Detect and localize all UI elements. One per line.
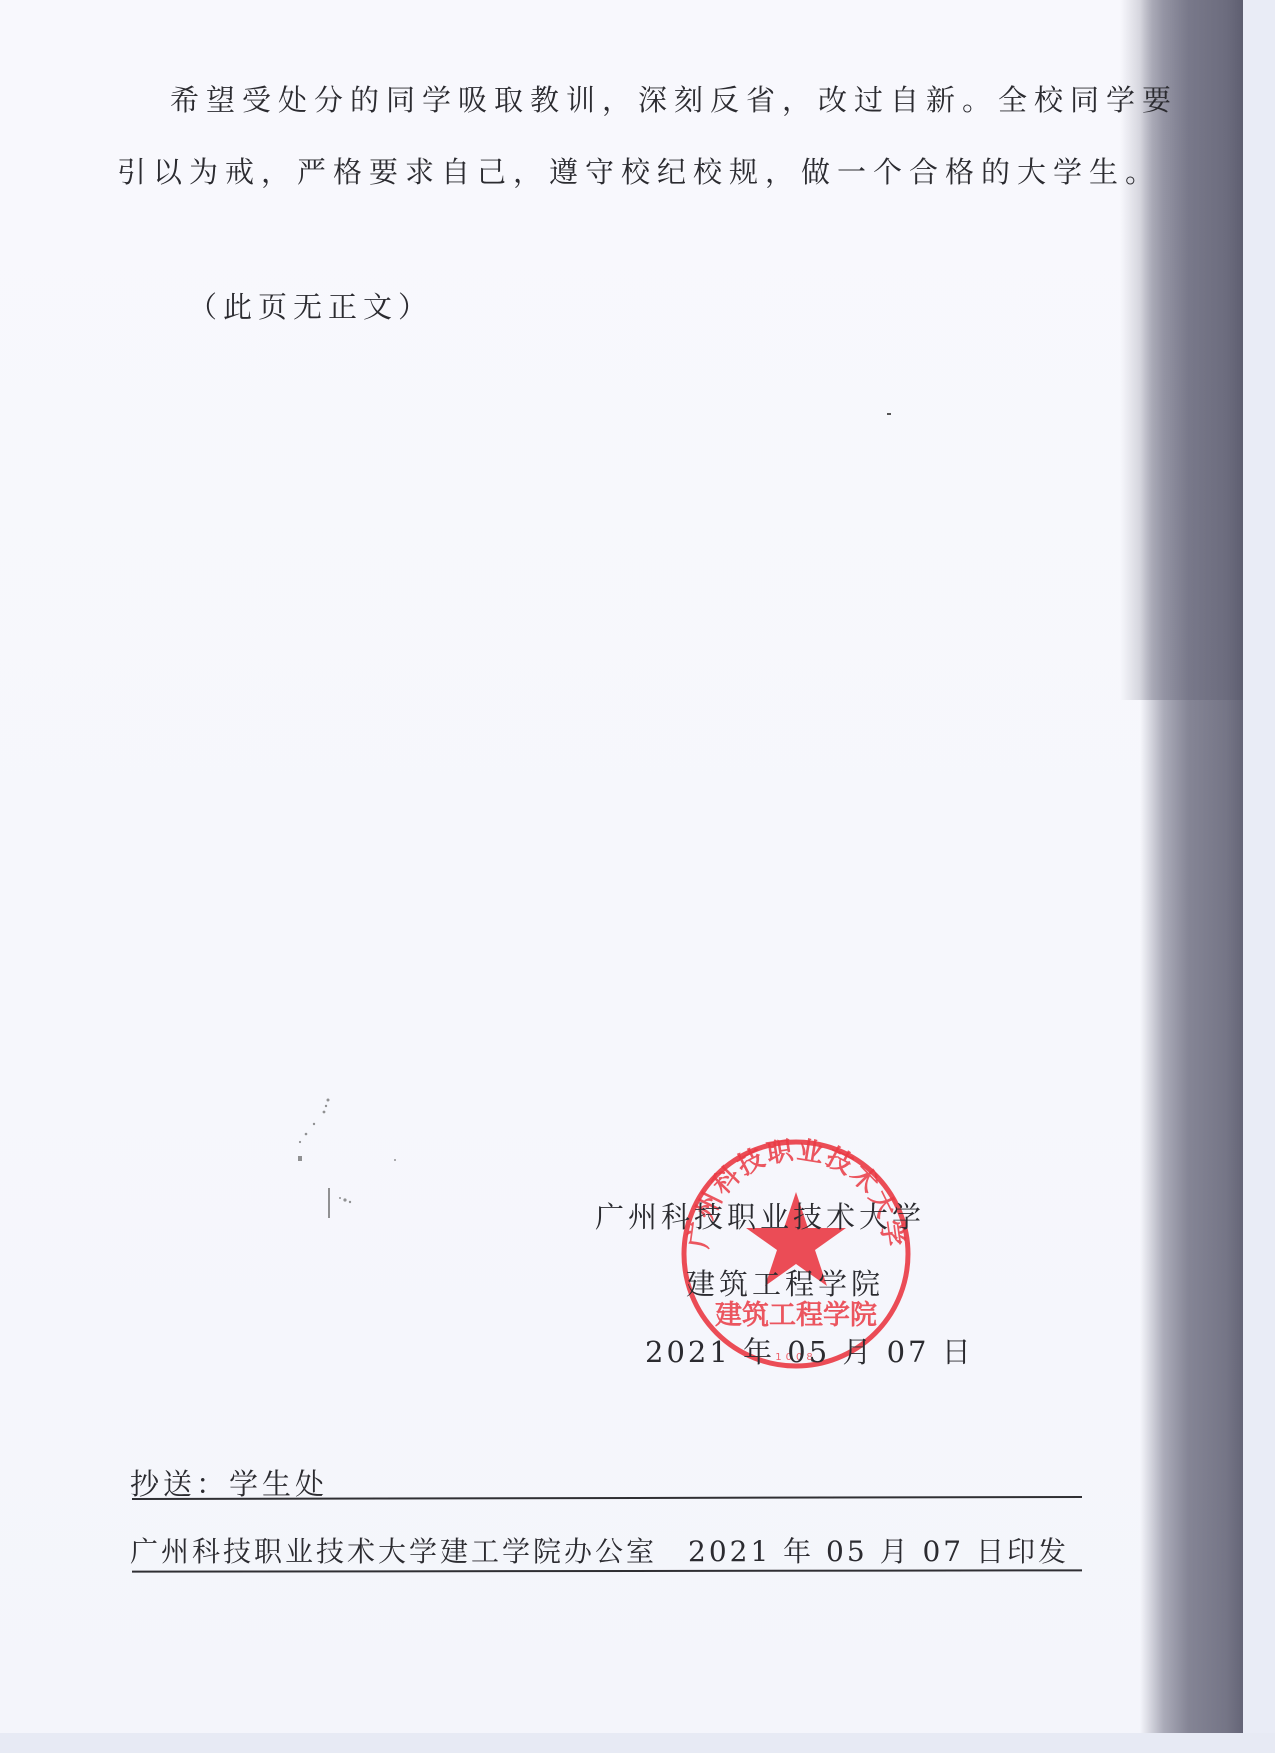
signature-department: 建筑工程学院 (686, 1262, 884, 1303)
ink-smudge-marks (290, 1090, 410, 1220)
body-paragraph-line-2: 引以为戒，严格要求自己，遵守校纪校规，做一个合格的大学生。 (117, 150, 1161, 191)
scanner-margin-bottom (0, 1733, 1275, 1753)
signature-organization: 广州科技职业技术大学 (595, 1195, 925, 1236)
issued-line: 广州科技职业技术大学建工学院办公室 2021 年 05 月 07 日印发 (130, 1530, 1069, 1570)
stamp-center-text: 建筑工程学院 (715, 1299, 877, 1331)
no-body-note: （此页无正文） (188, 285, 433, 326)
speck (887, 413, 891, 415)
signature-date: 2021 年 05 月 07 日 (645, 1330, 974, 1371)
body-paragraph-line-1: 希望受处分的同学吸取教训，深刻反省，改过自新。全校同学要 (170, 78, 1178, 119)
scan-edge-shadow (1140, 0, 1248, 1735)
scanner-margin-right (1243, 0, 1275, 1753)
